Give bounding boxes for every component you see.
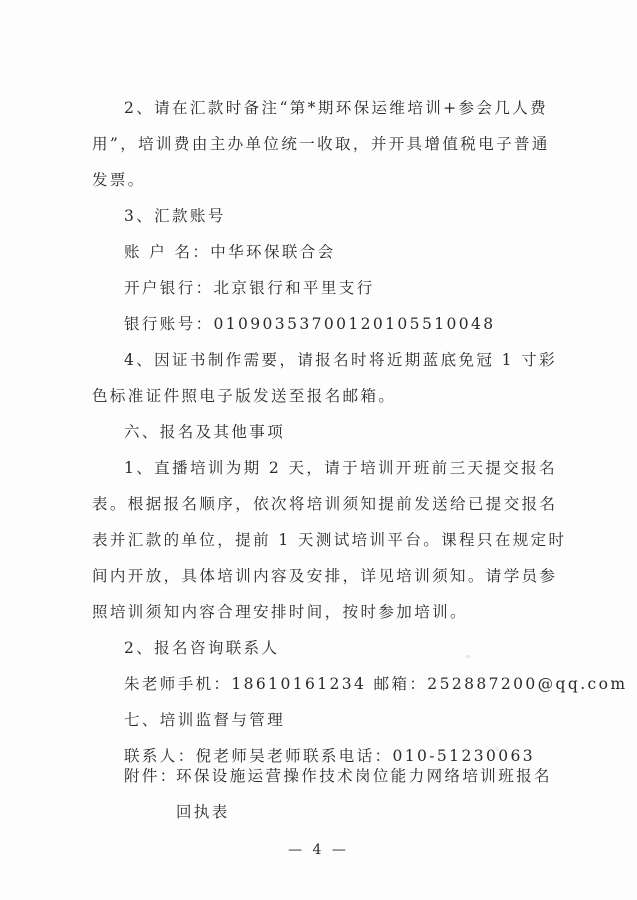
attachment-title-line2: 回执表 xyxy=(176,802,230,822)
paragraph-remittance-note-line1: 2、请在汇款时备注“第*期环保运维培训+参会几人费 xyxy=(124,98,548,118)
attachment-label: 附件： xyxy=(124,766,178,786)
paragraph-remittance-note-line2: 用”，培训费由主办单位统一收取，并开具增值税电子普通 xyxy=(92,134,550,154)
account-name: 账 户 名：中华环保联合会 xyxy=(124,242,336,262)
scan-speck xyxy=(495,747,499,751)
contact-phone-email: 朱老师手机：18610161234 邮箱：252887200@qq.com xyxy=(124,674,627,694)
heading-remittance-account: 3、汇款账号 xyxy=(124,206,226,226)
paragraph-livestream-line4: 间内开放，具体培训内容及安排，详见培训须知。请学员参 xyxy=(92,566,557,586)
account-bank: 开户银行：北京银行和平里支行 xyxy=(124,278,375,298)
paragraph-remittance-note-line3: 发票。 xyxy=(92,170,146,190)
document-page: 2、请在汇款时备注“第*期环保运维培训+参会几人费 用”，培训费由主办单位统一收… xyxy=(0,0,637,900)
paragraph-livestream-line2: 表。根据报名顺序，依次将培训须知提前发送给已提交报名 xyxy=(92,494,557,514)
paragraph-livestream-line3: 表并汇款的单位，提前 1 天测试培训平台。课程只在规定时 xyxy=(92,530,566,550)
scan-speck xyxy=(465,655,471,658)
paragraph-photo-line1: 4、因证书制作需要，请报名时将近期蓝底免冠 1 寸彩 xyxy=(124,350,557,370)
attachment-title-line1: 环保设施运营操作技术岗位能力网络培训班报名 xyxy=(176,766,552,786)
paragraph-livestream-line5: 照培训须知内容合理安排时间，按时参加培训。 xyxy=(92,602,468,622)
heading-registration-contact: 2、报名咨询联系人 xyxy=(124,638,279,658)
paragraph-livestream-line1: 1、直播培训为期 2 天，请于培训开班前三天提交报名 xyxy=(124,458,557,478)
section-heading-supervision: 七、培训监督与管理 xyxy=(124,710,285,730)
page-number: — 4 — xyxy=(0,842,637,858)
account-number: 银行账号：01090353700120105510048 xyxy=(124,314,496,334)
section-heading-registration: 六、报名及其他事项 xyxy=(124,422,285,442)
supervision-contact: 联系人：倪老师吴老师联系电话：010-51230063 xyxy=(124,746,535,766)
paragraph-photo-line2: 色标准证件照电子版发送至报名邮箱。 xyxy=(92,386,396,406)
